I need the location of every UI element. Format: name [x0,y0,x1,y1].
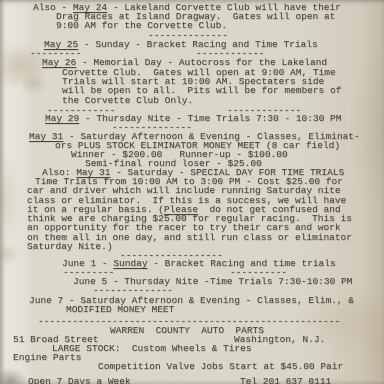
scanned-document-page: Also - May 24 - Lakeland Corvette Club w… [0,0,384,384]
sponsor-valve-jobs-text: Competition Valve Jobs Start at $45.00 P… [98,362,343,372]
schedule-june7-line2-text: MODIFIED MONEY MEET [66,305,174,315]
sponsor-hours-phone-text: Tel 201 637 0111 [240,377,331,384]
sponsor-hours-phone-text: Open 7 Days a Week [28,377,131,384]
sponsor-hours-phone-run: Open 7 Days a Week [28,376,131,384]
schedule-june7-line2: MODIFIED MONEY MEET [0,305,384,315]
sponsor-hours-phone-run: Tel 201 637 0111 [240,376,331,384]
sponsor-hours-phone: Open 7 Days a WeekTel 201 637 0111 [0,377,384,384]
sponsor-valve-jobs: Competition Valve Jobs Start at $45.00 P… [0,362,384,372]
schedule-june7-line2-run: MODIFIED MONEY MEET [66,304,174,315]
sponsor-valve-jobs-run: Competition Valve Jobs Start at $45.00 P… [98,361,343,372]
